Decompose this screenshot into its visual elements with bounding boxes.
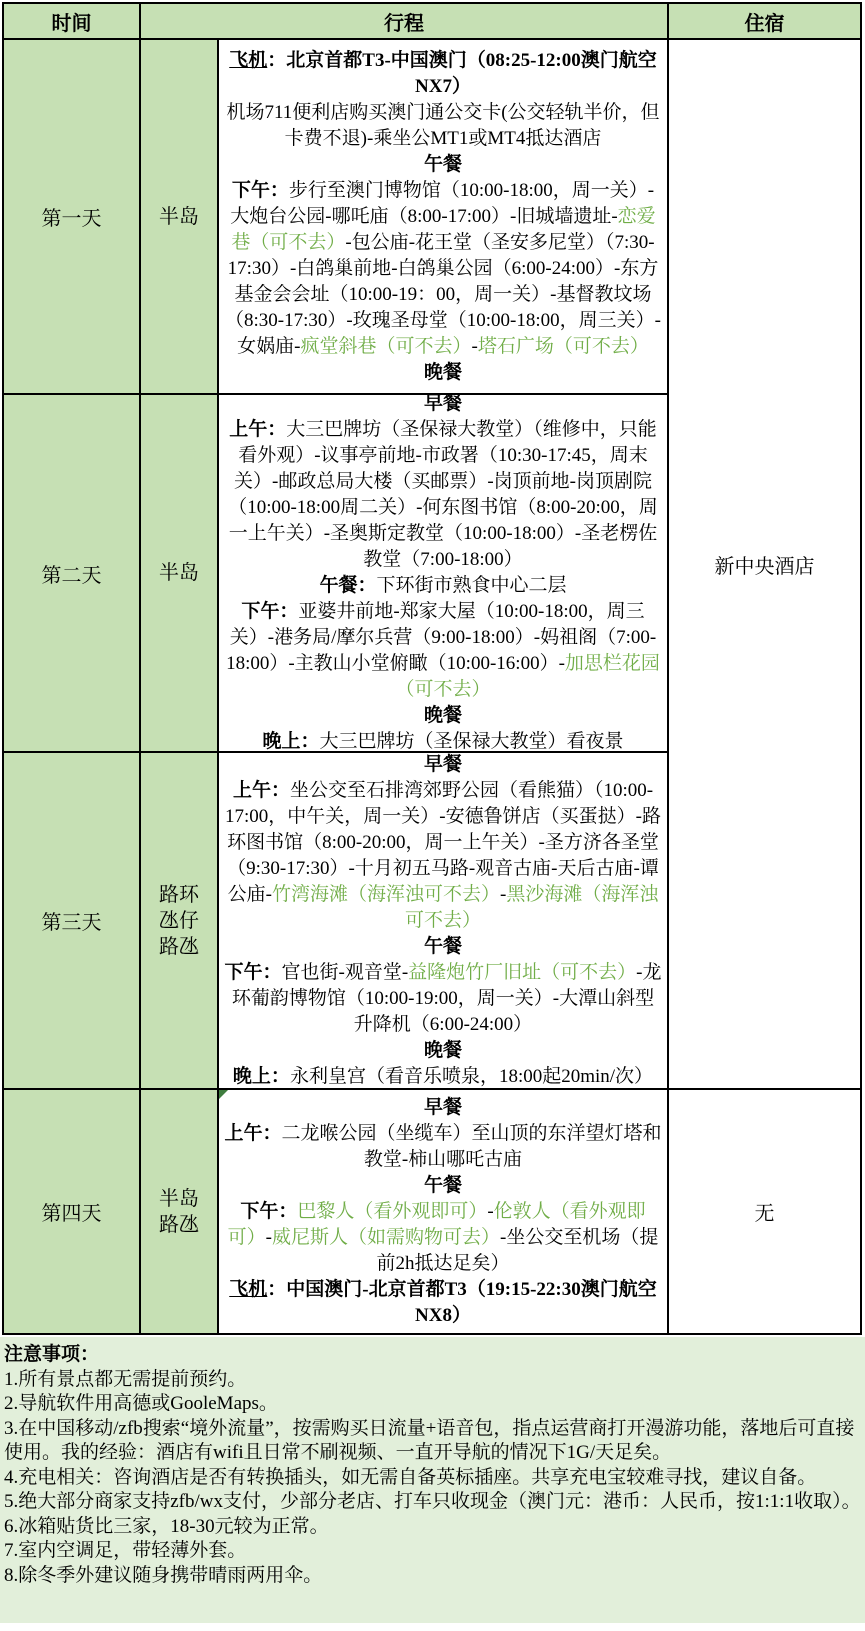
itinerary-line: 早餐 bbox=[224, 395, 662, 417]
itinerary-line: 上午：大三巴牌坊（圣保禄大教堂）（维修中，只能看外观）-议事亭前地-市政署（10… bbox=[224, 417, 662, 573]
stay-cell-none: 无 bbox=[669, 1090, 860, 1333]
itinerary-line: 晚餐 bbox=[224, 360, 662, 386]
itinerary-segment: 上午： bbox=[229, 419, 286, 440]
itinerary-line: 晚上：永利皇宫（看音乐喷泉，18:00起20min/次） bbox=[224, 1064, 662, 1090]
note-item: 6.冰箱贴货比三家，18-30元较为正常。 bbox=[4, 1515, 862, 1540]
itinerary-segment: 晚上： bbox=[262, 731, 319, 752]
itinerary-line: 晚餐 bbox=[224, 1038, 662, 1064]
notes-section: 注意事项： 1.所有景点都无需提前预约。2.导航软件用高德或GooleMaps。… bbox=[0, 1337, 865, 1623]
itinerary-line: 早餐 bbox=[224, 753, 662, 778]
notes-title: 注意事项： bbox=[4, 1343, 862, 1368]
itinerary-line: 下午：步行至澳门博物馆（10:00-18:00，周一关）-大炮台公园-哪吒庙（8… bbox=[224, 178, 662, 360]
itinerary-line: 下午：亚婆井前地-郑家大屋（10:00-18:00，周三关）-港务局/摩尔兵营（… bbox=[224, 599, 662, 703]
itinerary-line: 午餐 bbox=[224, 934, 662, 960]
itinerary-line: 下午：官也街-观音堂-益隆炮竹厂旧址（可不去）-龙环葡韵博物馆（10:00-19… bbox=[224, 960, 662, 1038]
itinerary-segment: 官也街-观音堂- bbox=[282, 962, 409, 983]
itinerary-line: 午餐 bbox=[224, 152, 662, 178]
itinerary-line: 下午：巴黎人（看外观即可）-伦敦人（看外观即可）-威尼斯人（如需购物可去）-坐公… bbox=[224, 1199, 662, 1277]
itinerary-line: 晚餐 bbox=[224, 703, 662, 729]
stay-cell-hotel: 新中央酒店 bbox=[669, 40, 860, 1090]
itinerary-line: 午餐：下环街市熟食中心二层 bbox=[224, 573, 662, 599]
itinerary-segment: 早餐 bbox=[424, 754, 462, 775]
itinerary-segment: 永利皇宫（看音乐喷泉，18:00起20min/次） bbox=[290, 1066, 653, 1087]
area-label-cell: 路环 氹仔 路氹 bbox=[141, 753, 219, 1090]
itinerary-segment: 步行至澳门博物馆（10:00-18:00，周一关）-大炮台公园-哪吒庙（8:00… bbox=[230, 180, 654, 227]
note-item: 3.在中国移动/zfb搜索“境外流量”，按需购买日流量+语音包，指点运营商打开漫… bbox=[4, 1417, 862, 1466]
notes-list: 1.所有景点都无需提前预约。2.导航软件用高德或GooleMaps。3.在中国移… bbox=[4, 1368, 862, 1589]
note-item: 5.绝大部分商家支持zfb/wx支付，少部分老店、打车只收现金（澳门元：港币：人… bbox=[4, 1490, 862, 1515]
itinerary-segment: 晚上： bbox=[233, 1066, 290, 1087]
note-item: 2.导航软件用高德或GooleMaps。 bbox=[4, 1392, 862, 1417]
optional-sight-text: 益隆炮竹厂旧址（可不去） bbox=[408, 962, 636, 983]
itinerary-line: 上午：二龙喉公园（坐缆车）至山顶的东洋望灯塔和教堂-柿山哪吒古庙 bbox=[224, 1121, 662, 1173]
itinerary-cell: 早餐上午：坐公交至石排湾郊野公园（看熊猫）（10:00-17:00，中午关，周一… bbox=[219, 753, 669, 1090]
itinerary-line: 午餐 bbox=[224, 1173, 662, 1199]
optional-sight-text: 疯堂斜巷（可不去） bbox=[300, 336, 471, 357]
itinerary-segment: 机场711便利店购买澳门通公交卡(公交轻轨半价，但卡费不退)-乘坐公MT1或MT… bbox=[226, 102, 659, 149]
optional-sight-text: 威尼斯人（如需购物可去） bbox=[272, 1227, 500, 1248]
comment-marker-icon bbox=[219, 1090, 228, 1099]
note-item: 4.充电相关：咨询酒店是否有转换插头，如无需自备英标插座。共享充电宝较难寻找，建… bbox=[4, 1466, 862, 1491]
itinerary-line: 早餐 bbox=[224, 1095, 662, 1121]
day-label-cell: 第四天 bbox=[4, 1090, 141, 1333]
itinerary-segment: 午餐 bbox=[424, 1175, 462, 1196]
itinerary-segment: 上午： bbox=[224, 1123, 281, 1144]
itinerary-segment: 早餐 bbox=[424, 395, 462, 414]
itinerary-segment: 上午： bbox=[233, 780, 290, 801]
itinerary-segment: ：北京首都T3-中国澳门（08:25-12:00澳门航空NX7） bbox=[267, 50, 656, 97]
itinerary-cell: 早餐上午：二龙喉公园（坐缆车）至山顶的东洋望灯塔和教堂-柿山哪吒古庙午餐下午：巴… bbox=[219, 1090, 669, 1333]
itinerary-cell: 早餐上午：大三巴牌坊（圣保禄大教堂）（维修中，只能看外观）-议事亭前地-市政署（… bbox=[219, 395, 669, 753]
day-label-cell: 第三天 bbox=[4, 753, 141, 1090]
itinerary-segment: 午餐 bbox=[424, 154, 462, 175]
itinerary-line: 飞机：中国澳门-北京首都T3（19:15-22:30澳门航空NX8） bbox=[224, 1277, 662, 1329]
itinerary-cell: 飞机：北京首都T3-中国澳门（08:25-12:00澳门航空NX7）机场711便… bbox=[219, 40, 669, 395]
optional-sight-text: 塔石广场（可不去） bbox=[478, 336, 649, 357]
itinerary-segment: 下午： bbox=[232, 180, 289, 201]
note-item: 1.所有景点都无需提前预约。 bbox=[4, 1368, 862, 1393]
optional-sight-text: 巴黎人（看外观即可） bbox=[297, 1201, 487, 1222]
note-item: 8.除冬季外建议随身携带晴雨两用伞。 bbox=[4, 1564, 862, 1589]
optional-sight-text: 竹湾海滩（海浑浊可不去） bbox=[272, 884, 500, 905]
itinerary-segment: 午餐： bbox=[319, 575, 376, 596]
day-label-cell: 第二天 bbox=[4, 395, 141, 753]
itinerary-segment: 晚餐 bbox=[424, 705, 462, 726]
itinerary-segment: ：中国澳门-北京首都T3（19:15-22:30澳门航空NX8） bbox=[267, 1279, 656, 1326]
itinerary-segment: 飞机 bbox=[229, 1279, 267, 1300]
itinerary-segment: 大三巴牌坊（圣保禄大教堂）（维修中，只能看外观）-议事亭前地-市政署（10:30… bbox=[228, 419, 658, 570]
day-label-cell: 第一天 bbox=[4, 40, 141, 395]
itinerary-segment: 下午： bbox=[224, 962, 281, 983]
area-label-cell: 半岛 bbox=[141, 40, 219, 395]
itinerary-segment: 下午： bbox=[241, 601, 298, 622]
note-item: 7.室内空调足，带轻薄外套。 bbox=[4, 1539, 862, 1564]
itinerary-segment: 大三巴牌坊（圣保禄大教堂）看夜景 bbox=[320, 731, 624, 752]
itinerary-segment: 早餐 bbox=[424, 1097, 462, 1118]
itinerary-segment: 二龙喉公园（坐缆车）至山顶的东洋望灯塔和教堂-柿山哪吒古庙 bbox=[282, 1123, 662, 1170]
itinerary-segment: 晚餐 bbox=[424, 362, 462, 383]
area-label-cell: 半岛 bbox=[141, 395, 219, 753]
itinerary-line: 上午：坐公交至石排湾郊野公园（看熊猫）（10:00-17:00，中午关，周一关）… bbox=[224, 778, 662, 934]
header-cell-time: 时间 bbox=[4, 4, 141, 40]
header-cell-itinerary: 行程 bbox=[141, 4, 669, 40]
area-label-cell: 半岛 路氹 bbox=[141, 1090, 219, 1333]
itinerary-line: 晚上：大三巴牌坊（圣保禄大教堂）看夜景 bbox=[224, 729, 662, 753]
itinerary-segment: 晚餐 bbox=[424, 1040, 462, 1061]
header-cell-stay: 住宿 bbox=[669, 4, 860, 40]
itinerary-line: 机场711便利店购买澳门通公交卡(公交轻轨半价，但卡费不退)-乘坐公MT1或MT… bbox=[224, 100, 662, 152]
itinerary-line: 飞机：北京首都T3-中国澳门（08:25-12:00澳门航空NX7） bbox=[224, 48, 662, 100]
itinerary-segment: 下午： bbox=[240, 1201, 297, 1222]
itinerary-segment: 下环街市熟食中心二层 bbox=[377, 575, 567, 596]
itinerary-segment: 午餐 bbox=[424, 936, 462, 957]
itinerary-segment: 飞机 bbox=[229, 50, 267, 71]
itinerary-table: 时间 行程 住宿 第一天 半岛 飞机：北京首都T3-中国澳门（08:25-12:… bbox=[2, 2, 862, 1335]
